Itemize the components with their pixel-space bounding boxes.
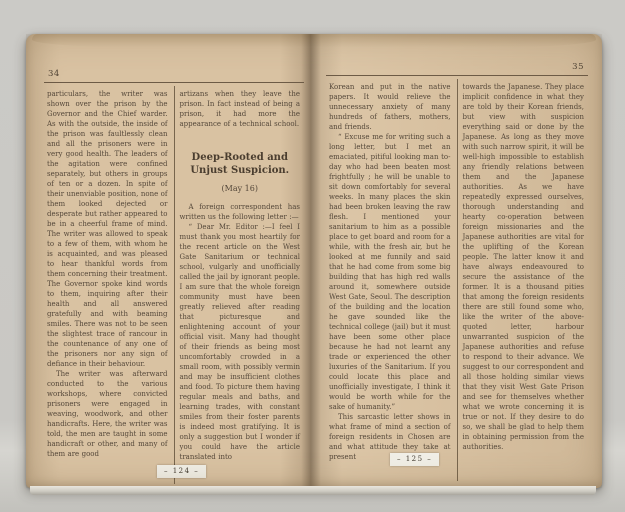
right-page-footer-label: – 125 –	[390, 453, 439, 466]
right-page-header-rule: 35	[326, 62, 588, 76]
body-paragraph: artizans when they leave the prison. In …	[180, 89, 301, 129]
right-page-column-1: Korean and put in the native papers. It …	[324, 79, 457, 481]
article-date-line: (May 16)	[180, 184, 301, 194]
article-heading: Deep-Rooted and Unjust Suspicion.	[182, 151, 299, 177]
left-page-column-2: artizans when they leave the prison. In …	[174, 86, 307, 484]
body-paragraph: “ Excuse me for writing such a long lett…	[329, 132, 451, 412]
body-paragraph: particulars, the writer was shown over t…	[47, 89, 168, 369]
right-page-column-2: towards the Japanese. They place implici…	[457, 79, 591, 481]
body-paragraph: Korean and put in the native papers. It …	[329, 82, 451, 132]
book-spread: 34 particulars, the writer was shown ove…	[26, 34, 602, 488]
right-page-number: 35	[568, 62, 588, 72]
left-page-footer-label: – 124 –	[157, 465, 206, 478]
left-page-header-rule: 34	[44, 69, 304, 83]
left-page-number: 34	[44, 69, 64, 79]
body-paragraph: The writer was afterward conducted to th…	[47, 369, 168, 459]
body-paragraph: towards the Japanese. They place implici…	[463, 82, 585, 452]
photo-backdrop: 34 particulars, the writer was shown ove…	[0, 0, 625, 512]
body-paragraph: A foreign correspondent has written us t…	[180, 202, 301, 222]
body-paragraph: “ Dear Mr. Editor :—I feel I must thank …	[180, 222, 301, 462]
right-page-columns: Korean and put in the native papers. It …	[324, 79, 590, 481]
book-bottom-page-edges	[30, 486, 596, 495]
left-page-column-1: particulars, the writer was shown over t…	[42, 86, 174, 484]
left-page-columns: particulars, the writer was shown over t…	[42, 86, 306, 484]
